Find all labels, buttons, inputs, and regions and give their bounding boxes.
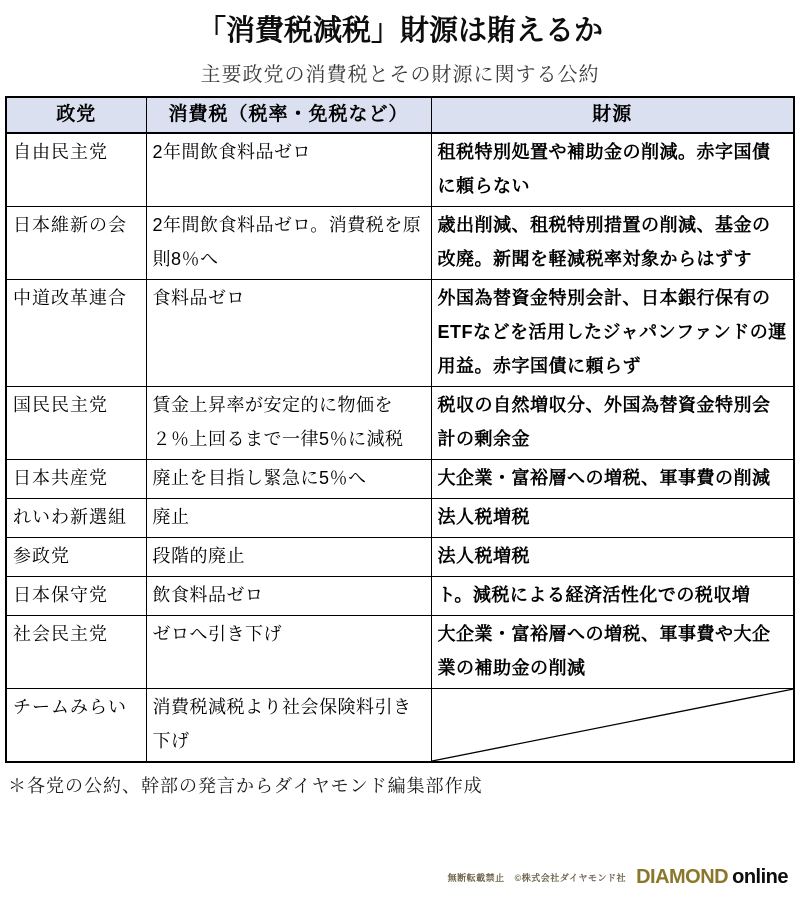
party-name: チームみらい [6, 689, 146, 763]
party-name: 社会民主党 [6, 616, 146, 689]
tax-pledge: 廃止を目指し緊急に5％へ [146, 460, 431, 499]
table-row: 国民民主党 賃金上昇率が安定的に物価を２％上回るまで一律5％に減税 税収の自然増… [6, 387, 794, 460]
copyright-notice: ©株式会社ダイヤモンド社 [515, 871, 626, 884]
table-row: 参政党 段階的廃止 法人税増税 [6, 538, 794, 577]
logo-diamond-text: DIAMOND [636, 866, 728, 889]
party-name: 日本共産党 [6, 460, 146, 499]
table-row: 日本保守党 飲食料品ゼロ ト。減税による経済活性化での税収増 [6, 577, 794, 616]
diamond-online-logo: DIAMOND online [636, 866, 788, 889]
funding-source: 大企業・富裕層への増税、軍事費の削減 [431, 460, 794, 499]
table-row: 日本維新の会 2年間飲食料品ゼロ。消費税を原則8％へ 歳出削減、租税特別措置の削… [6, 207, 794, 280]
rights-notice: 無断転載禁止 [448, 871, 505, 884]
table-row: 中道改革連合 食料品ゼロ 外国為替資金特別会計、日本銀行保有のETFなどを活用し… [6, 280, 794, 387]
page-title: 「消費税減税」財源は賄えるか [0, 0, 800, 49]
table-row: 自由民主党 2年間飲食料品ゼロ 租税特別処置や補助金の削減。赤字国債に頼らない [6, 133, 794, 207]
tax-pledge: 食料品ゼロ [146, 280, 431, 387]
party-name: 国民民主党 [6, 387, 146, 460]
party-name: れいわ新選組 [6, 499, 146, 538]
funding-source: 大企業・富裕層への増税、軍事費や大企業の補助金の削減 [431, 616, 794, 689]
table-row: チームみらい 消費税減税より社会保険料引き下げ [6, 689, 794, 763]
page-subtitle: 主要政党の消費税とその財源に関する公約 [0, 58, 800, 87]
table-row: 社会民主党 ゼロへ引き下げ 大企業・富裕層への増税、軍事費や大企業の補助金の削減 [6, 616, 794, 689]
header-tax: 消費税（税率・免税など） [146, 97, 431, 133]
empty-cell-diagonal [431, 689, 794, 763]
header-party: 政党 [6, 97, 146, 133]
tax-pledge: 飲食料品ゼロ [146, 577, 431, 616]
footer-credit: 無断転載禁止 ©株式会社ダイヤモンド社 DIAMOND online [448, 866, 788, 889]
funding-source: 外国為替資金特別会計、日本銀行保有のETFなどを活用したジャパンファンドの運用益… [431, 280, 794, 387]
tax-pledge: 2年間飲食料品ゼロ [146, 133, 431, 207]
funding-source: ト。減税による経済活性化での税収増 [431, 577, 794, 616]
tax-pledge: ゼロへ引き下げ [146, 616, 431, 689]
table-row: れいわ新選組 廃止 法人税増税 [6, 499, 794, 538]
source-footnote: ＊各党の公約、幹部の発言からダイヤモンド編集部作成 [8, 772, 800, 798]
funding-source: 法人税増税 [431, 499, 794, 538]
funding-source: 税収の自然増収分、外国為替資金特別会計の剰余金 [431, 387, 794, 460]
party-name: 参政党 [6, 538, 146, 577]
funding-source: 歳出削減、租税特別措置の削減、基金の改廃。新聞を軽減税率対象からはずす [431, 207, 794, 280]
tax-pledge: 廃止 [146, 499, 431, 538]
tax-pledge: 2年間飲食料品ゼロ。消費税を原則8％へ [146, 207, 431, 280]
pledge-table: 政党 消費税（税率・免税など） 財源 自由民主党 2年間飲食料品ゼロ 租税特別処… [5, 96, 795, 763]
funding-source: 法人税増税 [431, 538, 794, 577]
party-name: 自由民主党 [6, 133, 146, 207]
tax-pledge: 消費税減税より社会保険料引き下げ [146, 689, 431, 763]
logo-online-text: online [732, 866, 788, 889]
party-name: 中道改革連合 [6, 280, 146, 387]
header-source: 財源 [431, 97, 794, 133]
header-row: 政党 消費税（税率・免税など） 財源 [6, 97, 794, 133]
party-name: 日本維新の会 [6, 207, 146, 280]
funding-source: 租税特別処置や補助金の削減。赤字国債に頼らない [431, 133, 794, 207]
table-row: 日本共産党 廃止を目指し緊急に5％へ 大企業・富裕層への増税、軍事費の削減 [6, 460, 794, 499]
diagonal-line [432, 689, 794, 761]
tax-pledge: 賃金上昇率が安定的に物価を２％上回るまで一律5％に減税 [146, 387, 431, 460]
party-name: 日本保守党 [6, 577, 146, 616]
tax-pledge: 段階的廃止 [146, 538, 431, 577]
